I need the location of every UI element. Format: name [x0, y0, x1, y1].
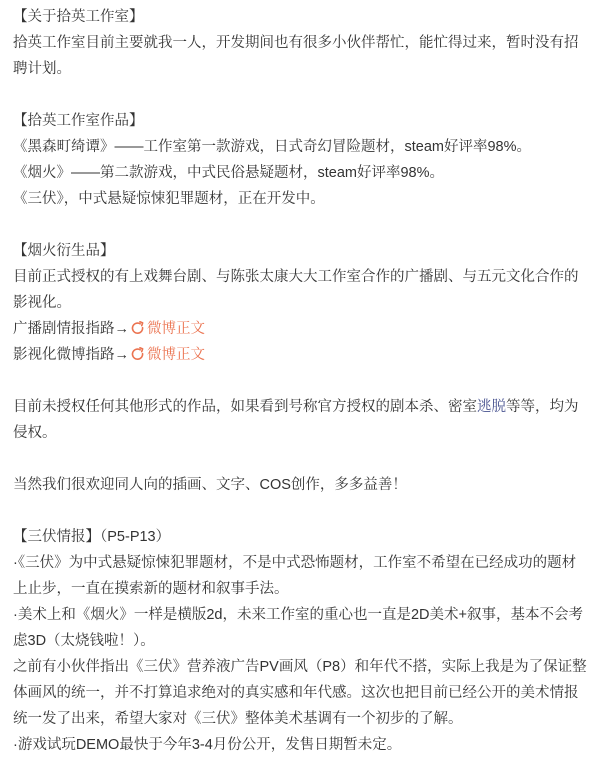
- film-adaptation-link-prefix: 影视化微博指路→: [13, 347, 129, 363]
- radio-drama-weibo-link[interactable]: 微博正文: [129, 321, 205, 337]
- escape-room-keyword-link[interactable]: 逃脱: [477, 399, 506, 415]
- fanwork-paragraph: 当然我们很欢迎同人向的插画、文字、COS创作，多多益善！: [13, 472, 590, 498]
- film-adaptation-link-label: 微博正文: [147, 347, 205, 363]
- section-works: 【拾英工作室作品】 《黑森町绮谭》——工作室第一款游戏，日式奇幻冒险题材，ste…: [13, 108, 590, 212]
- section-fanwork: 当然我们很欢迎同人向的插画、文字、COS创作，多多益善！: [13, 472, 590, 498]
- film-adaptation-link-line: 影视化微博指路→微博正文: [13, 342, 590, 368]
- sanfu-bullet-art-style: ·美术上和《烟火》一样是横版2d，未来工作室的重心也一直是2D美术+叙事，基本不…: [13, 602, 590, 654]
- post-body: 【关于拾英工作室】 拾英工作室目前主要就我一人，开发期间也有很多小伙伴帮忙，能忙…: [0, 0, 600, 758]
- section-sanfu-info: 【三伏情报】（P5-P13） ·《三伏》为中式悬疑惊悚犯罪题材，不是中式恐怖题材…: [13, 524, 590, 758]
- section-derivatives-paragraph: 目前正式授权的有上戏舞台剧、与陈张太康大大工作室合作的广播剧、与五元文化合作的影…: [13, 264, 590, 316]
- sanfu-bullet-theme: ·《三伏》为中式悬疑惊悚犯罪题材，不是中式恐怖题材，工作室不希望在已经成功的题材…: [13, 550, 590, 602]
- work-item-sanfu: 《三伏》，中式悬疑惊悚犯罪题材，正在开发中。: [13, 186, 590, 212]
- film-adaptation-weibo-link[interactable]: 微博正文: [129, 347, 205, 363]
- section-about-paragraph: 拾英工作室目前主要就我一人，开发期间也有很多小伙伴帮忙，能忙得过来，暂时没有招聘…: [13, 30, 590, 82]
- weibo-link-icon: [130, 346, 145, 361]
- section-about-heading: 【关于拾英工作室】: [13, 4, 590, 30]
- sanfu-paragraph-pv-explanation: 之前有小伙伴指出《三伏》营养液广告PV画风（P8）和年代不搭，实际上我是为了保证…: [13, 654, 590, 732]
- section-about: 【关于拾英工作室】 拾英工作室目前主要就我一人，开发期间也有很多小伙伴帮忙，能忙…: [13, 4, 590, 82]
- unauthorized-text-before: 目前未授权任何其他形式的作品，如果看到号称官方授权的剧本杀、密室: [13, 399, 477, 415]
- section-works-heading: 【拾英工作室作品】: [13, 108, 590, 134]
- section-unauthorized-notice: 目前未授权任何其他形式的作品，如果看到号称官方授权的剧本杀、密室逃脱等等，均为侵…: [13, 394, 590, 446]
- radio-drama-link-line: 广播剧情报指路→微博正文: [13, 316, 590, 342]
- radio-drama-link-prefix: 广播剧情报指路→: [13, 321, 129, 337]
- section-derivatives-heading: 【烟火衍生品】: [13, 238, 590, 264]
- work-item-firework: 《烟火》——第二款游戏，中式民俗悬疑题材，steam好评率98%。: [13, 160, 590, 186]
- work-item-kuroimori: 《黑森町绮谭》——工作室第一款游戏，日式奇幻冒险题材，steam好评率98%。: [13, 134, 590, 160]
- radio-drama-link-label: 微博正文: [147, 321, 205, 337]
- section-sanfu-heading: 【三伏情报】（P5-P13）: [13, 524, 590, 550]
- sanfu-bullet-demo-date: ·游戏试玩DEMO最快于今年3-4月份公开，发售日期暂未定。: [13, 732, 590, 758]
- weibo-link-icon: [130, 320, 145, 335]
- section-derivatives: 【烟火衍生品】 目前正式授权的有上戏舞台剧、与陈张太康大大工作室合作的广播剧、与…: [13, 238, 590, 368]
- unauthorized-paragraph: 目前未授权任何其他形式的作品，如果看到号称官方授权的剧本杀、密室逃脱等等，均为侵…: [13, 394, 590, 446]
